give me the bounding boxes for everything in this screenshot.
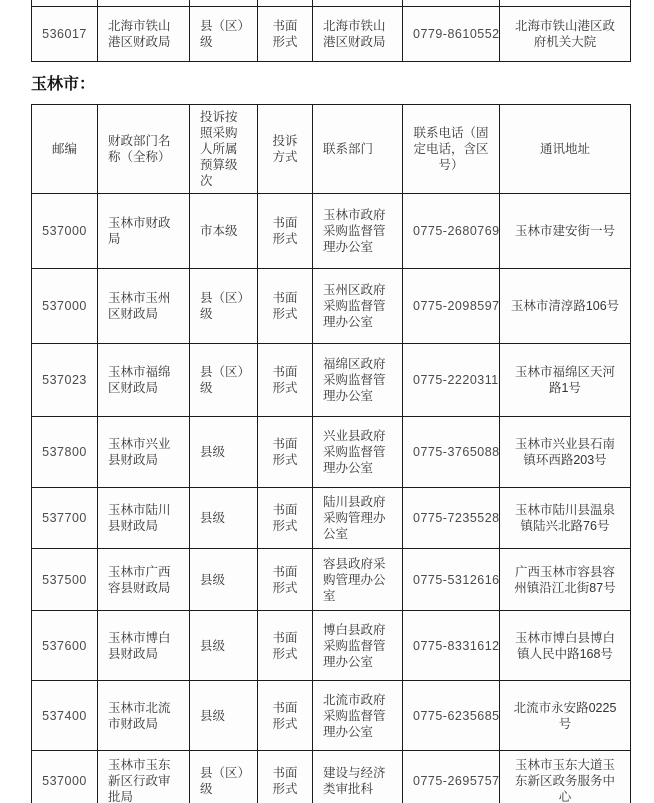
cell-phone-number: 0775-2098597 bbox=[403, 269, 500, 344]
cell-phone-number: 0775-2695757 bbox=[403, 751, 500, 803]
cell-budget-level: 县级 bbox=[190, 488, 258, 549]
section-heading-yulin: 玉林市： bbox=[31, 75, 631, 95]
cell-postal-code: 537000 bbox=[32, 194, 98, 269]
cell-budget-level: 县级 bbox=[190, 681, 258, 751]
cell-complaint-method: 书面形式 bbox=[258, 417, 313, 488]
cell-budget-level: 县级 bbox=[190, 549, 258, 611]
cell-phone-number: 0775-7235528 bbox=[403, 488, 500, 549]
cell-budget-level: 县级 bbox=[190, 611, 258, 681]
table-row: 537000 玉林市玉东新区行政审批局 县（区）级 书面形式 建设与经济类审批科… bbox=[32, 751, 631, 803]
cell-budget-level: 县级 bbox=[190, 417, 258, 488]
cell-budget-level: 县（区）级 bbox=[190, 344, 258, 417]
cell-finance-department: 玉林市博白县财政局 bbox=[98, 611, 190, 681]
cell-mailing-address: 玉林市福绵区天河路1号 bbox=[500, 344, 631, 417]
cell-postal-code: 537400 bbox=[32, 681, 98, 751]
table-row: 536017 北海市铁山港区财政局 县（区）级 书面形式 北海市铁山港区财政局 … bbox=[32, 7, 631, 62]
cell-mailing-address: 玉林市清淳路106号 bbox=[500, 269, 631, 344]
cell-contact-department: 建设与经济类审批科 bbox=[313, 751, 403, 803]
column-header-postal-code: 邮编 bbox=[32, 105, 98, 194]
table-row: 537000 玉林市玉州区财政局 县（区）级 书面形式 玉州区政府采购监督管理办… bbox=[32, 269, 631, 344]
header-row: 邮编 财政部门名称（全称） 投诉按照采购人所属预算级次 投诉方式 联系部门 联系… bbox=[32, 105, 631, 194]
cell-postal-code: 537023 bbox=[32, 344, 98, 417]
cell-budget-level: 县（区）级 bbox=[190, 7, 258, 62]
cell-phone-number: 0775-8331612 bbox=[403, 611, 500, 681]
cell-complaint-method: 书面形式 bbox=[258, 194, 313, 269]
cell-phone-number: 0775-2680769 bbox=[403, 194, 500, 269]
table-row: 537600 玉林市博白县财政局 县级 书面形式 博白县政府采购监督管理办公室 … bbox=[32, 611, 631, 681]
cell-mailing-address: 玉林市陆川县温泉镇陆兴北路76号 bbox=[500, 488, 631, 549]
cell-postal-code: 537700 bbox=[32, 488, 98, 549]
column-header-finance-department: 财政部门名称（全称） bbox=[98, 105, 190, 194]
cell-finance-department: 玉林市陆川县财政局 bbox=[98, 488, 190, 549]
column-header-contact-department: 联系部门 bbox=[313, 105, 403, 194]
cell-finance-department: 玉林市广西容县财政局 bbox=[98, 549, 190, 611]
cell-mailing-address: 北海市铁山港区政府机关大院 bbox=[500, 7, 631, 62]
cell-mailing-address: 玉林市博白县博白镇人民中路168号 bbox=[500, 611, 631, 681]
cell-finance-department: 北海市铁山港区财政局 bbox=[98, 7, 190, 62]
cell-complaint-method: 书面形式 bbox=[258, 549, 313, 611]
cell-budget-level: 县（区）级 bbox=[190, 269, 258, 344]
cell-phone-number: 0779-8610552 bbox=[403, 7, 500, 62]
cell-postal-code: 537800 bbox=[32, 417, 98, 488]
cell-mailing-address: 玉林市建安街一号 bbox=[500, 194, 631, 269]
column-header-mailing-address: 通讯地址 bbox=[500, 105, 631, 194]
table-row: 537700 玉林市陆川县财政局 县级 书面形式 陆川县政府采购管理办公室 07… bbox=[32, 488, 631, 549]
cell-phone-number: 0775-5312616 bbox=[403, 549, 500, 611]
cell-mailing-address: 广西玉林市容县容州镇沿江北街87号 bbox=[500, 549, 631, 611]
cell-mailing-address: 玉林市玉东大道玉东新区政务服务中心 bbox=[500, 751, 631, 803]
column-header-budget-level: 投诉按照采购人所属预算级次 bbox=[190, 105, 258, 194]
cell-phone-number: 0775-3765088 bbox=[403, 417, 500, 488]
cell-postal-code: 537000 bbox=[32, 751, 98, 803]
cell-finance-department: 玉林市玉东新区行政审批局 bbox=[98, 751, 190, 803]
cell-complaint-method: 书面形式 bbox=[258, 7, 313, 62]
cell-finance-department: 玉林市兴业县财政局 bbox=[98, 417, 190, 488]
cell-finance-department: 玉林市北流市财政局 bbox=[98, 681, 190, 751]
cell-contact-department: 北海市铁山港区财政局 bbox=[313, 7, 403, 62]
cell-complaint-method: 书面形式 bbox=[258, 681, 313, 751]
cell-complaint-method: 书面形式 bbox=[258, 751, 313, 803]
cell-complaint-method: 书面形式 bbox=[258, 344, 313, 417]
cell-finance-department: 玉林市财政局 bbox=[98, 194, 190, 269]
cell-postal-code: 537000 bbox=[32, 269, 98, 344]
cell-complaint-method: 书面形式 bbox=[258, 488, 313, 549]
cell-phone-number: 0775-6235685 bbox=[403, 681, 500, 751]
cell-contact-department: 容县政府采购管理办公室 bbox=[313, 549, 403, 611]
cell-contact-department: 兴业县政府采购监督管理办公室 bbox=[313, 417, 403, 488]
cell-finance-department: 玉林市福绵区财政局 bbox=[98, 344, 190, 417]
column-header-complaint-method: 投诉方式 bbox=[258, 105, 313, 194]
cell-budget-level: 县（区）级 bbox=[190, 751, 258, 803]
cell-contact-department: 北流市政府采购监督管理办公室 bbox=[313, 681, 403, 751]
cell-contact-department: 玉州区政府采购监督管理办公室 bbox=[313, 269, 403, 344]
table-row: 537500 玉林市广西容县财政局 县级 书面形式 容县政府采购管理办公室 07… bbox=[32, 549, 631, 611]
document-body: 536017 北海市铁山港区财政局 县（区）级 书面形式 北海市铁山港区财政局 … bbox=[31, 0, 631, 803]
column-header-phone-number: 联系电话（固定电话，含区号） bbox=[403, 105, 500, 194]
cell-budget-level: 市本级 bbox=[190, 194, 258, 269]
beihai-table-fragment: 536017 北海市铁山港区财政局 县（区）级 书面形式 北海市铁山港区财政局 … bbox=[31, 0, 631, 62]
cell-postal-code: 537500 bbox=[32, 549, 98, 611]
cell-mailing-address: 北流市永安路0225号 bbox=[500, 681, 631, 751]
cell-complaint-method: 书面形式 bbox=[258, 611, 313, 681]
cell-phone-number: 0775-2220311 bbox=[403, 344, 500, 417]
cell-contact-department: 陆川县政府采购管理办公室 bbox=[313, 488, 403, 549]
cell-complaint-method: 书面形式 bbox=[258, 269, 313, 344]
cell-mailing-address: 玉林市兴业县石南镇环西路203号 bbox=[500, 417, 631, 488]
cell-postal-code: 536017 bbox=[32, 7, 98, 62]
cell-contact-department: 玉林市政府采购监督管理办公室 bbox=[313, 194, 403, 269]
yulin-table: 邮编 财政部门名称（全称） 投诉按照采购人所属预算级次 投诉方式 联系部门 联系… bbox=[31, 104, 631, 803]
table-row: 537400 玉林市北流市财政局 县级 书面形式 北流市政府采购监督管理办公室 … bbox=[32, 681, 631, 751]
table-row: 537023 玉林市福绵区财政局 县（区）级 书面形式 福绵区政府采购监督管理办… bbox=[32, 344, 631, 417]
table-row: 537800 玉林市兴业县财政局 县级 书面形式 兴业县政府采购监督管理办公室 … bbox=[32, 417, 631, 488]
table-row: 537000 玉林市财政局 市本级 书面形式 玉林市政府采购监督管理办公室 07… bbox=[32, 194, 631, 269]
cell-postal-code: 537600 bbox=[32, 611, 98, 681]
cell-contact-department: 福绵区政府采购监督管理办公室 bbox=[313, 344, 403, 417]
cell-contact-department: 博白县政府采购监督管理办公室 bbox=[313, 611, 403, 681]
cell-finance-department: 玉林市玉州区财政局 bbox=[98, 269, 190, 344]
